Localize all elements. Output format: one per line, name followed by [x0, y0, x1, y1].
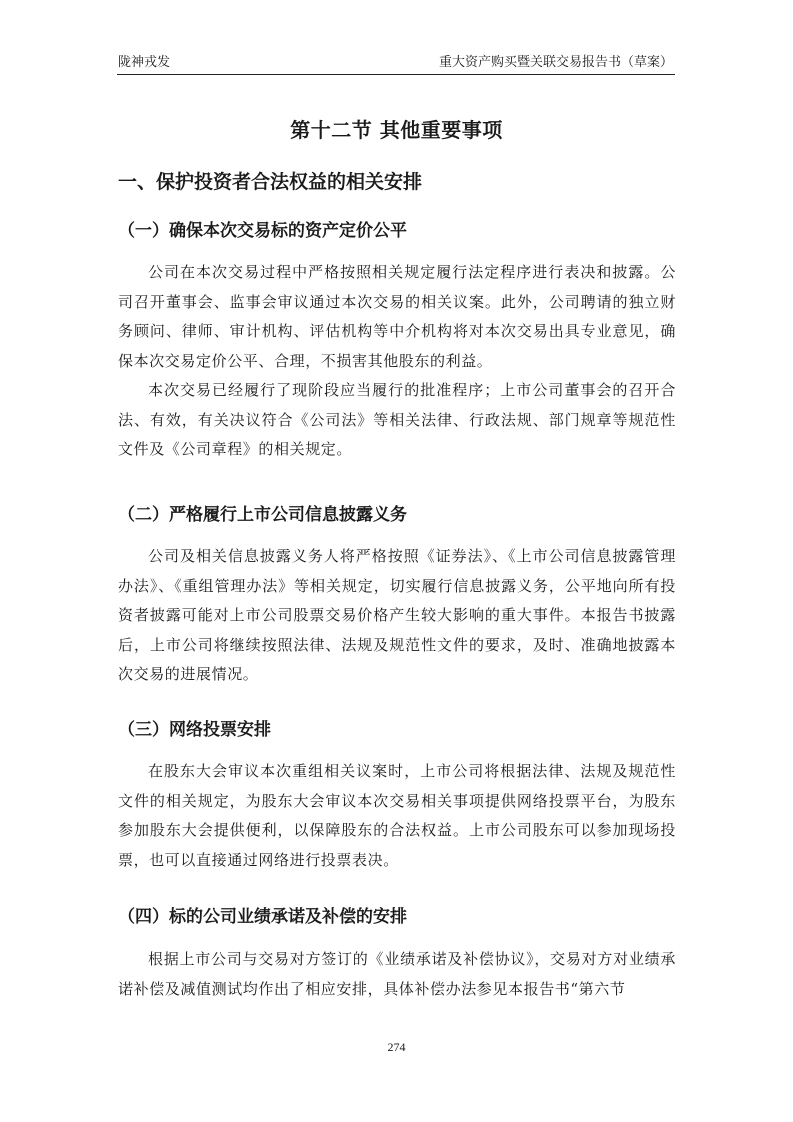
page-header: 陇神戎发 重大资产购买暨关联交易报告书（草案）: [117, 54, 675, 75]
subsection-heading-2: （二）严格履行上市公司信息披露义务: [118, 503, 407, 527]
page-number: 274: [0, 1040, 793, 1055]
subsection-heading-4: （四）标的公司业绩承诺及补偿的安排: [118, 905, 407, 929]
paragraph-1-2: 本次交易已经履行了现阶段应当履行的批准程序；上市公司董事会的召开合法、有效，有关…: [118, 376, 676, 465]
header-document-title: 重大资产购买暨关联交易报告书（草案）: [439, 54, 673, 72]
page-title: 第十二节 其他重要事项: [0, 117, 793, 143]
paragraph-1-1: 公司在本次交易过程中严格按照相关规定履行法定程序进行表决和披露。公司召开董事会、…: [118, 258, 676, 376]
header-company-name: 陇神戎发: [118, 54, 170, 72]
section-heading: 一、保护投资者合法权益的相关安排: [118, 169, 422, 195]
paragraph-4-1: 根据上市公司与交易对方签订的《业绩承诺及补偿协议》，交易对方对业绩承诺补偿及减值…: [118, 945, 676, 1004]
subsection-heading-3: （三）网络投票安排: [118, 718, 271, 742]
paragraph-2-1: 公司及相关信息披露义务人将严格按照《证券法》、《上市公司信息披露管理办法》、《重…: [118, 542, 676, 690]
paragraph-3-1: 在股东大会审议本次重组相关议案时，上市公司将根据法律、法规及规范性文件的相关规定…: [118, 757, 676, 875]
subsection-heading-1: （一）确保本次交易标的资产定价公平: [118, 219, 407, 243]
